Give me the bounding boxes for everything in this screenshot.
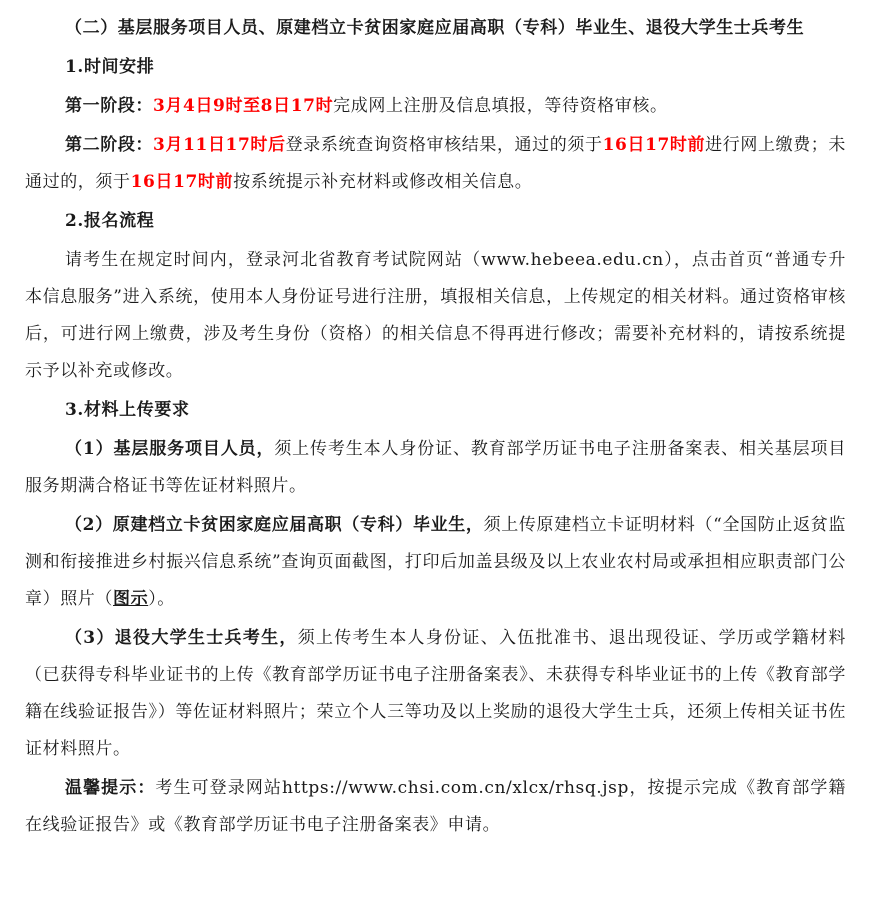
section-title: （二）基层服务项目人员、原建档立卡贫困家庭应届高职（专科）毕业生、退役大学生士兵… xyxy=(25,10,846,47)
phase2-label: 第二阶段： xyxy=(65,135,153,155)
materials-item-3: （3）退役大学生士兵考生，须上传考生本人身份证、入伍批准书、退出现役证、学历或学… xyxy=(25,620,846,768)
phase2-time-start: 3月11日17时后 xyxy=(153,135,286,155)
phase2-text-3: 按系统提示补充材料或修改相关信息。 xyxy=(233,172,532,192)
phase2-payment-deadline: 16日17时前 xyxy=(603,135,706,155)
phase1-time: 3月4日9时至8日17时 xyxy=(153,96,333,116)
materials-item-3-label: （3）退役大学生士兵考生， xyxy=(65,628,298,648)
phase1-label: 第一阶段： xyxy=(65,96,153,116)
materials-item-1: （1）基层服务项目人员，须上传考生本人身份证、教育部学历证书电子注册备案表、相关… xyxy=(25,431,846,505)
process-heading: 2.报名流程 xyxy=(25,203,846,240)
materials-item-2: （2）原建档立卡贫困家庭应届高职（专科）毕业生，须上传原建档立卡证明材料（“全国… xyxy=(25,507,846,618)
phase2-paragraph: 第二阶段：3月11日17时后登录系统查询资格审核结果，通过的须于16日17时前进… xyxy=(25,127,846,201)
tip-label: 温馨提示： xyxy=(65,778,155,798)
materials-item-1-label: （1）基层服务项目人员， xyxy=(65,439,274,459)
phase1-text: 完成网上注册及信息填报，等待资格审核。 xyxy=(333,96,667,116)
illustration-link[interactable]: 图示 xyxy=(113,589,148,609)
process-paragraph: 请考生在规定时间内，登录河北省教育考试院网站（www.hebeea.edu.cn… xyxy=(25,242,846,390)
tip-paragraph: 温馨提示：考生可登录网站https://www.chsi.com.cn/xlcx… xyxy=(25,770,846,844)
materials-item-2-label: （2）原建档立卡贫困家庭应届高职（专科）毕业生， xyxy=(65,515,484,535)
phase1-paragraph: 第一阶段：3月4日9时至8日17时完成网上注册及信息填报，等待资格审核。 xyxy=(25,88,846,125)
phase2-text-1: 登录系统查询资格审核结果，通过的须于 xyxy=(286,135,603,155)
schedule-heading: 1.时间安排 xyxy=(25,49,846,86)
document-body: （二）基层服务项目人员、原建档立卡贫困家庭应届高职（专科）毕业生、退役大学生士兵… xyxy=(0,0,888,844)
materials-heading: 3.材料上传要求 xyxy=(25,392,846,429)
phase2-supplement-deadline: 16日17时前 xyxy=(131,172,234,192)
materials-item-2-text-after: ）。 xyxy=(148,589,175,609)
